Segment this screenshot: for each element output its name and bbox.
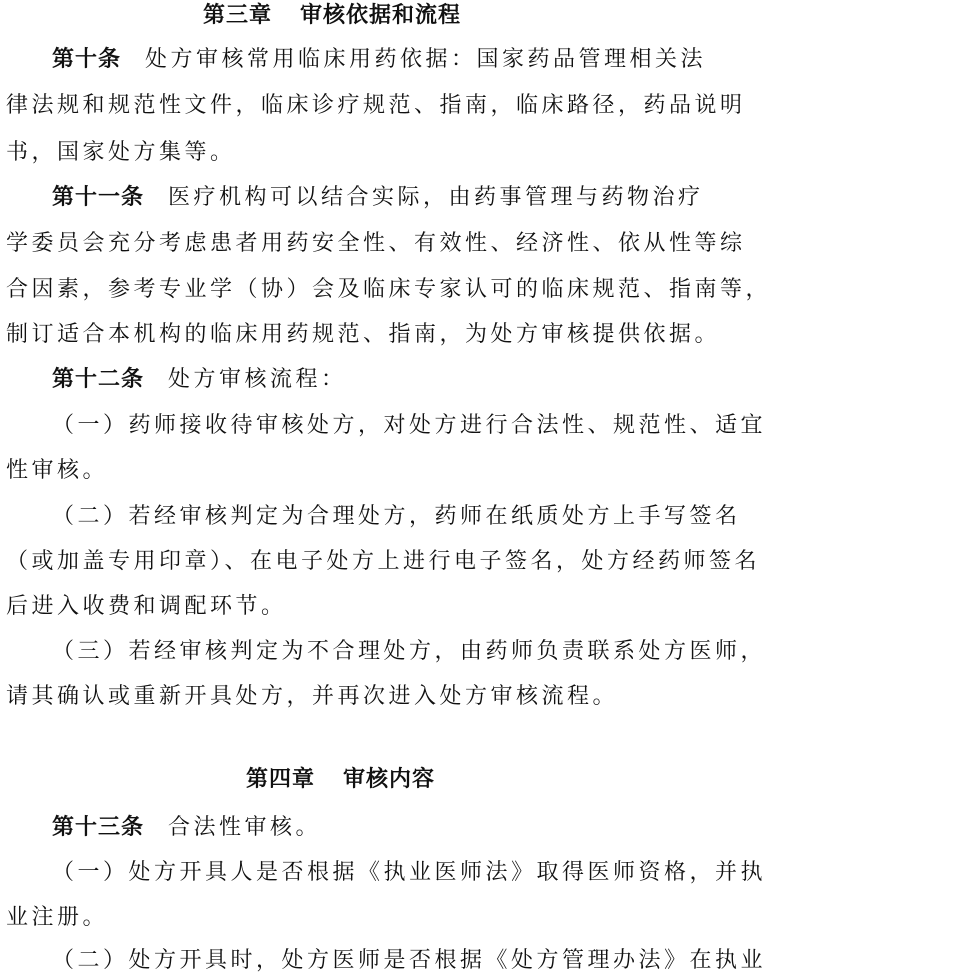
article-11-line-3: 合因素，参考专业学（协）会及临床专家认可的临床规范、指南等， [6, 276, 666, 304]
article-11-line-2: 学委员会充分考虑患者用药安全性、有效性、经济性、依从性等综 [6, 230, 666, 258]
article-12-item-2-line-1: （二）若经审核判定为合理处方，药师在纸质处方上手写签名 [52, 503, 666, 531]
article-13-item-1-line-2: 业注册。 [6, 904, 666, 932]
chapter-number: 第四章 [246, 767, 315, 792]
article-12-line-1: 第十二条处方审核流程： [52, 366, 666, 394]
article-13-item-1-line-1: （一）处方开具人是否根据《执业医师法》取得医师资格，并执 [52, 859, 666, 887]
chapter-heading-4: 第四章审核内容 [246, 766, 435, 794]
article-13-line-1: 第十三条合法性审核。 [52, 814, 666, 842]
article-11-head: 第十一条 [52, 185, 144, 210]
article-12-item-1-line-1: （一）药师接收待审核处方，对处方进行合法性、规范性、适宜 [52, 412, 666, 440]
article-10-text: 处方审核常用临床用药依据：国家药品管理相关法 [145, 47, 706, 72]
article-13-head: 第十三条 [52, 815, 144, 840]
article-13-intro: 合法性审核。 [168, 815, 321, 840]
chapter-heading-3: 第三章审核依据和流程 [203, 2, 461, 30]
chapter-title: 审核依据和流程 [300, 3, 461, 28]
article-12-item-3-line-1: （三）若经审核判定为不合理处方，由药师负责联系处方医师， [52, 638, 666, 666]
article-11-line-1: 第十一条医疗机构可以结合实际，由药事管理与药物治疗 [52, 184, 666, 212]
article-10-head: 第十条 [52, 47, 121, 72]
article-12-item-2-line-3: 后进入收费和调配环节。 [6, 593, 666, 621]
article-10-line-3: 书，国家处方集等。 [6, 139, 666, 167]
chapter-number: 第三章 [203, 3, 272, 28]
article-12-intro: 处方审核流程： [168, 367, 347, 392]
article-12-item-3-line-2: 请其确认或重新开具处方，并再次进入处方审核流程。 [6, 683, 666, 711]
document-page: 第三章审核依据和流程 第十条处方审核常用临床用药依据：国家药品管理相关法 律法规… [0, 0, 960, 973]
article-11-line-4: 制订适合本机构的临床用药规范、指南，为处方审核提供依据。 [6, 321, 666, 349]
chapter-title: 审核内容 [343, 767, 435, 792]
article-12-head: 第十二条 [52, 367, 144, 392]
article-13-item-2-line-1: （二）处方开具时，处方医师是否根据《处方管理办法》在执业 [52, 947, 666, 973]
article-11-text: 医疗机构可以结合实际，由药事管理与药物治疗 [168, 185, 704, 210]
article-10-line-2: 律法规和规范性文件，临床诊疗规范、指南，临床路径，药品说明 [6, 92, 666, 120]
article-10-line-1: 第十条处方审核常用临床用药依据：国家药品管理相关法 [52, 46, 666, 74]
article-12-item-2-line-2: （或加盖专用印章）、在电子处方上进行电子签名，处方经药师签名 [6, 548, 666, 576]
article-12-item-1-line-2: 性审核。 [6, 457, 666, 485]
